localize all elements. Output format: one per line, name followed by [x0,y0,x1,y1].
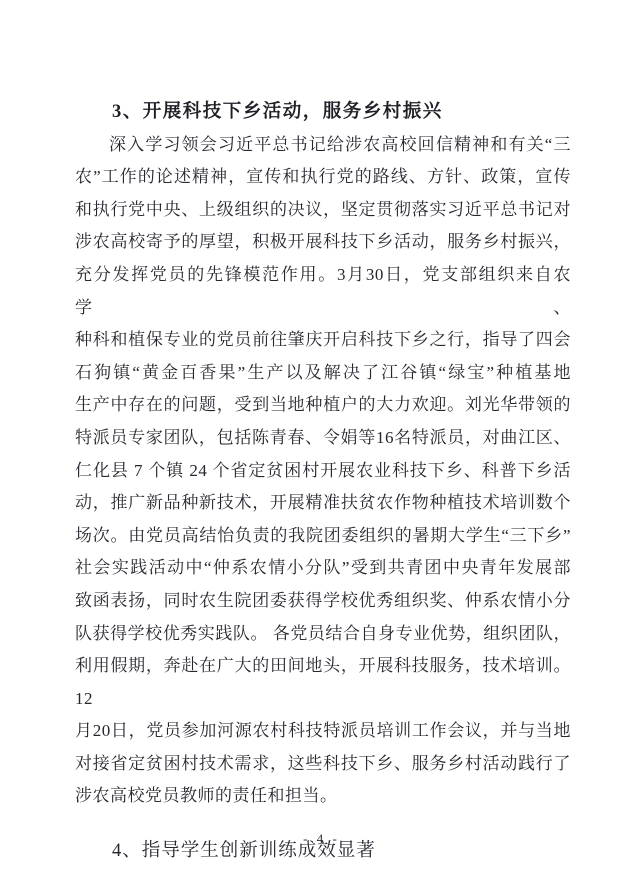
paragraph-line: 涉农高校党员教师的责任和担当。 [75,780,571,813]
paragraph-line: 生产中存在的问题，受到当地种植户的大力欢迎。刘光华带领的 [75,389,571,422]
paragraph-line: 队获得学校优秀实践队。 各党员结合自身专业优势，组织团队， [75,618,571,651]
section-heading-3: 3、开展科技下乡活动，服务乡村振兴 [75,96,571,129]
paragraph-line: 利用假期，奔赴在广大的田间地头，开展科技服务，技术培训。 12 [75,650,571,715]
paragraph-line: 特派员专家团队，包括陈青春、令娟等16名特派员，对曲江区、 [75,422,571,455]
page-number: - 4 - [0,831,643,847]
document-page: 3、开展科技下乡活动，服务乡村振兴 深入学习领会习近平总书记给涉农高校回信精神和… [0,0,643,883]
paragraph-line: 涉农高校寄予的厚望，积极开展科技下乡活动，服务乡村振兴， [75,226,571,259]
paragraph-line: 深入学习领会习近平总书记给涉农高校回信精神和有关“三 [75,129,571,162]
paragraph-line: 农”工作的论述精神，宣传和执行党的路线、方针、政策，宣传 [75,161,571,194]
paragraph-line: 种科和植保专业的党员前往肇庆开启科技下乡之行，指导了四会 [75,324,571,357]
page-content: 3、开展科技下乡活动，服务乡村振兴 深入学习领会习近平总书记给涉农高校回信精神和… [75,96,571,868]
paragraph-line: 对接省定贫困村技术需求，这些科技下乡、服务乡村活动践行了 [75,748,571,781]
paragraph-line: 充分发挥党员的先锋模范作用。3月30日，党支部组织来自农学、 [75,259,571,324]
paragraph-line: 致函表扬，同时农生院团委获得学校优秀组织奖、仲系农情小分 [75,585,571,618]
section-3-paragraph: 深入学习领会习近平总书记给涉农高校回信精神和有关“三农”工作的论述精神，宣传和执… [75,129,571,813]
paragraph-line: 仁化县 7 个镇 24 个省定贫困村开展农业科技下乡、科普下乡活 [75,455,571,488]
paragraph-line: 月20日，党员参加河源农村科技特派员培训工作会议，并与当地 [75,715,571,748]
paragraph-line: 场次。由党员高结怡负责的我院团委组织的暑期大学生“三下乡” [75,520,571,553]
paragraph-line: 和执行党中央、上级组织的决议，坚定贯彻落实习近平总书记对 [75,194,571,227]
paragraph-line: 社会实践活动中“仲系农情小分队”受到共青团中央青年发展部 [75,552,571,585]
paragraph-line: 石狗镇“黄金百香果”生产以及解决了江谷镇“绿宝”种植基地 [75,357,571,390]
paragraph-line: 动，推广新品种新技术，开展精准扶贫农作物种植技术培训数个 [75,487,571,520]
